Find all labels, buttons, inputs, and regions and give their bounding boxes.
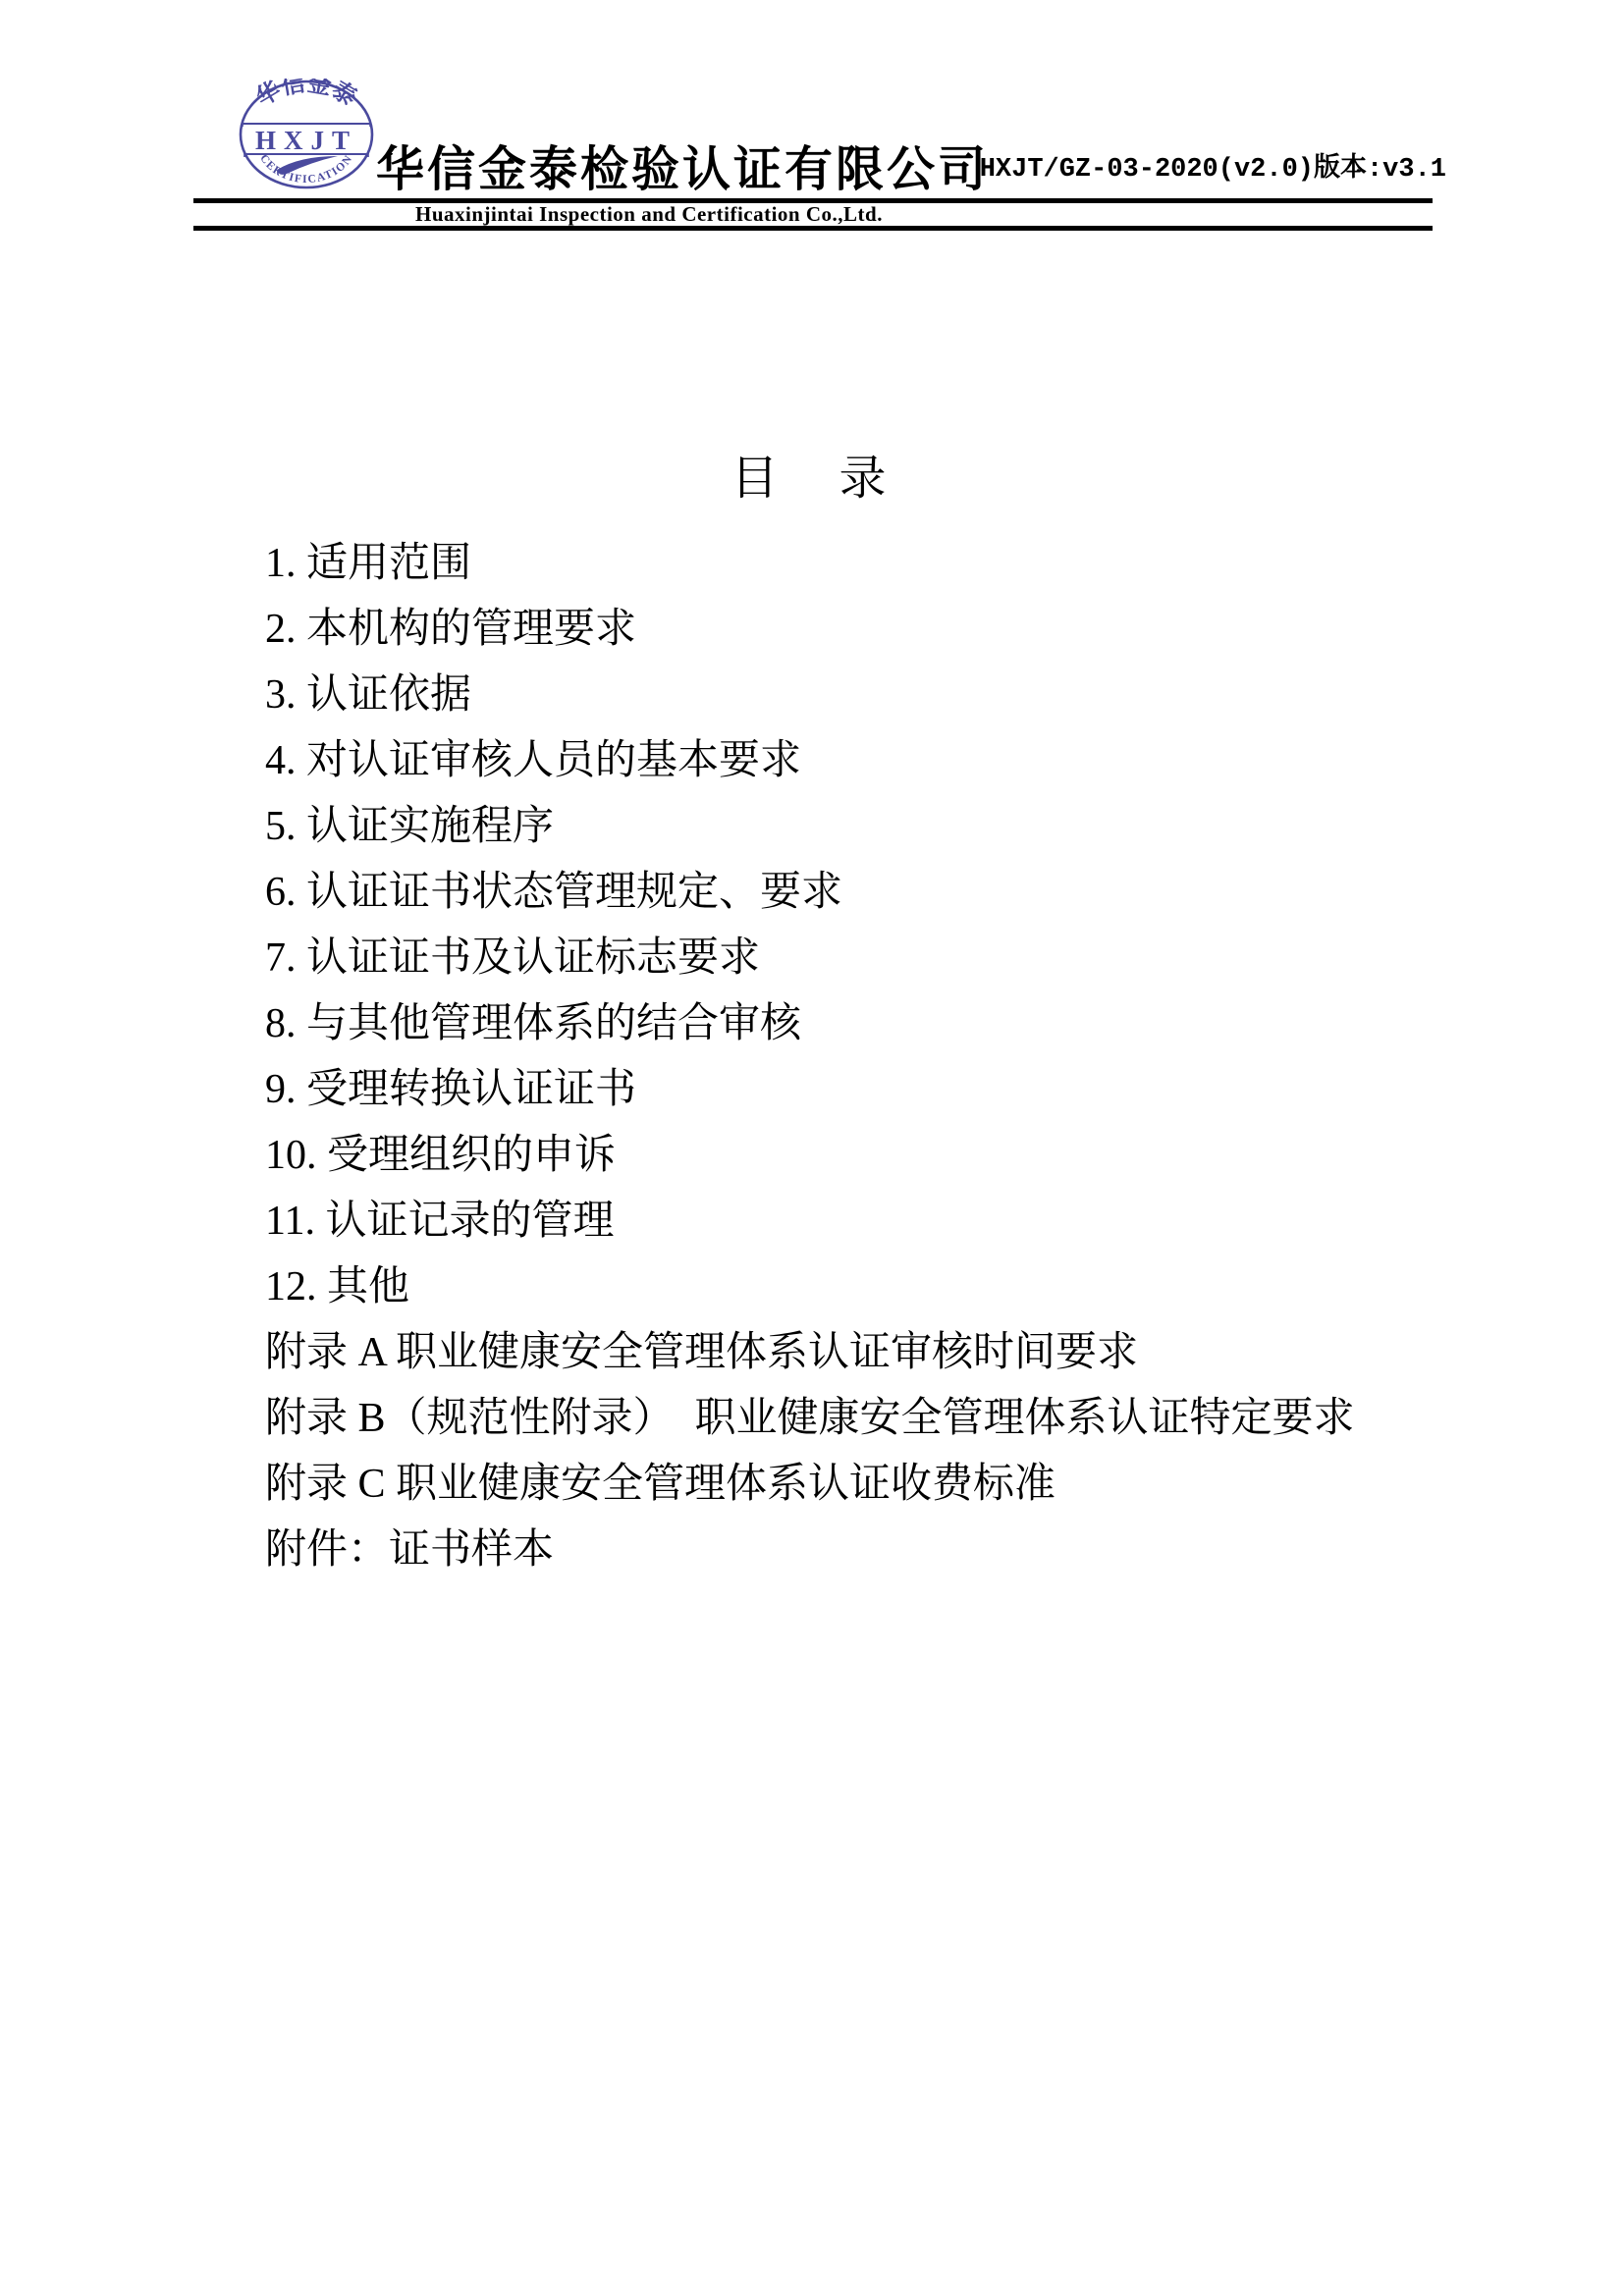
toc-item: 11. 认证记录的管理 [265,1189,1443,1255]
toc-item: 附录 A 职业健康安全管理体系认证审核时间要求 [265,1320,1443,1386]
toc-item: 12. 其他 [265,1255,1443,1320]
toc-item: 6. 认证证书状态管理规定、要求 [265,860,1443,926]
seal-hxjt-text: HXJT [255,126,357,155]
toc-item: 附录 B（规范性附录） 职业健康安全管理体系认证特定要求 [265,1386,1443,1452]
toc-item: 附录 C 职业健康安全管理体系认证收费标准 [265,1452,1443,1518]
toc-item: 附件：证书样本 [265,1518,1443,1583]
company-seal-logo: 华信金泰 HXJT CERTIFICATION [238,79,375,190]
document-page: 华信金泰 HXJT CERTIFICATION 华信金泰检验认证有限公司 HXJ… [0,0,1624,2296]
toc-item: 3. 认证依据 [265,663,1443,728]
toc-item: 9. 受理转换认证证书 [265,1057,1443,1123]
toc-item: 10. 受理组织的申诉 [265,1123,1443,1189]
toc-item: 8. 与其他管理体系的结合审核 [265,991,1443,1057]
company-name-en: Huaxinjintai Inspection and Certificatio… [415,202,883,227]
toc-list: 1. 适用范围2. 本机构的管理要求3. 认证依据4. 对认证审核人员的基本要求… [265,531,1443,1583]
header-rule-bottom [193,226,1433,231]
seal-top-text: 华信金泰 [251,79,361,111]
toc-item: 1. 适用范围 [265,531,1443,597]
toc-item: 4. 对认证审核人员的基本要求 [265,728,1443,794]
toc-item: 5. 认证实施程序 [265,794,1443,860]
toc-title: 目 录 [0,440,1624,507]
toc-item: 2. 本机构的管理要求 [265,597,1443,663]
doc-number: HXJT/GZ-03-2020(v2.0)版本:v3.1 [980,145,1446,185]
company-name-cn: 华信金泰检验认证有限公司 [376,132,989,200]
toc-item: 7. 认证证书及认证标志要求 [265,926,1443,991]
